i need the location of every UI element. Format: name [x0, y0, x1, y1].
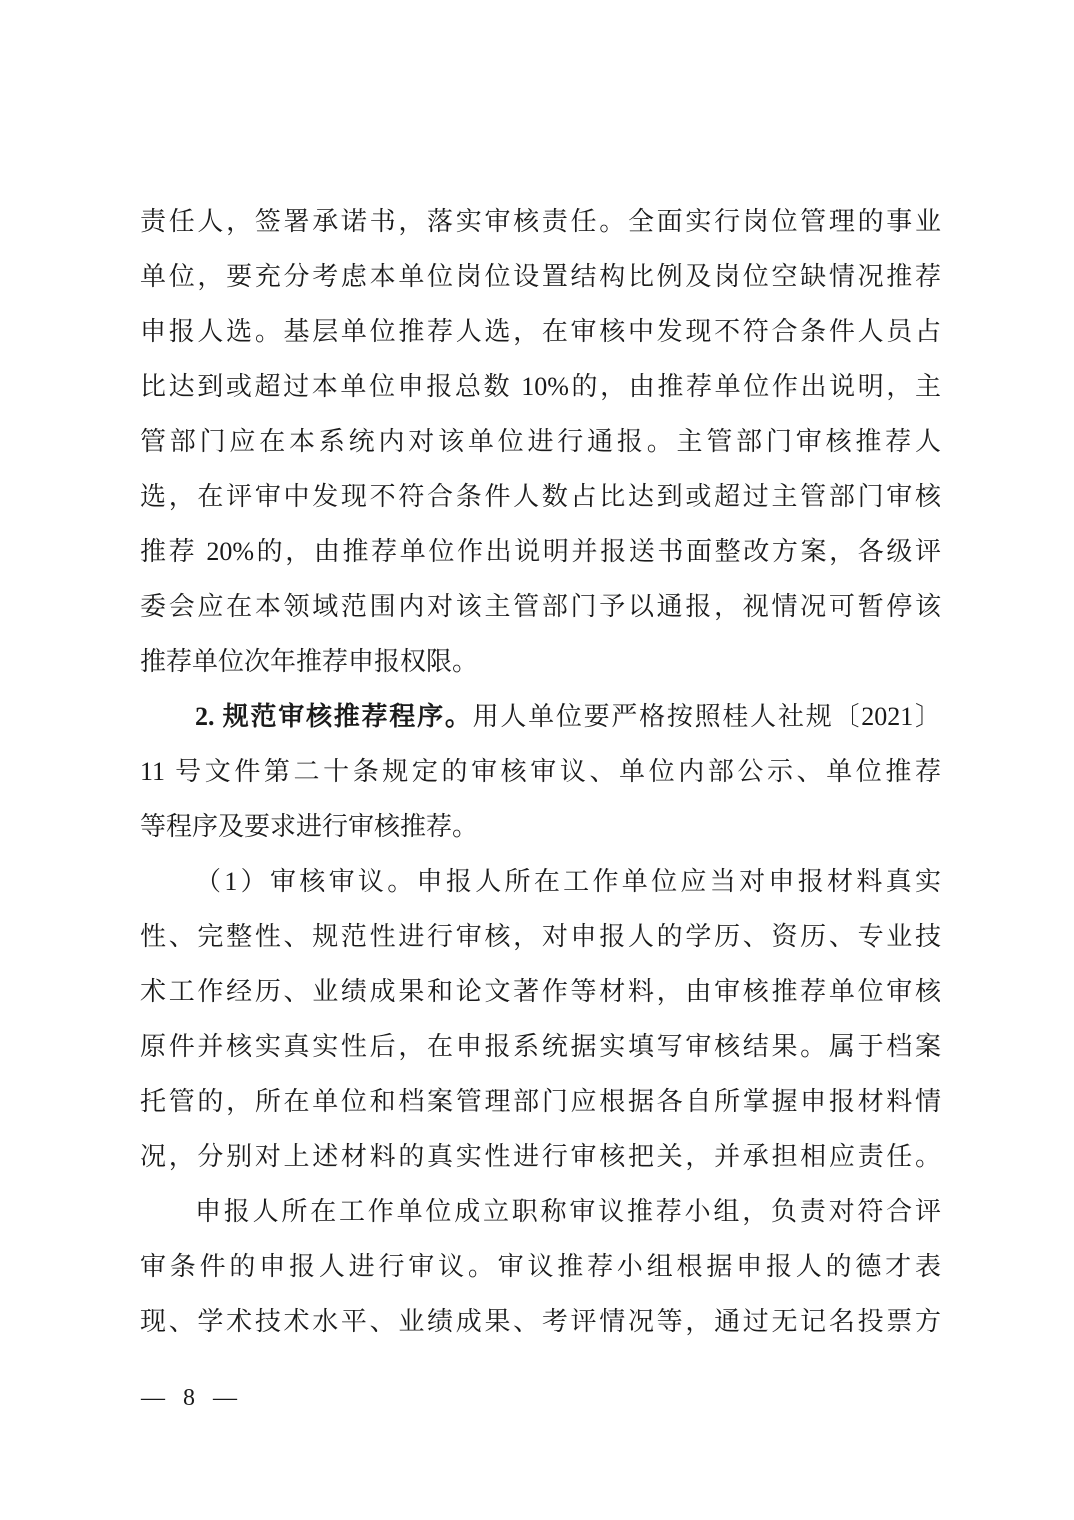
text-line: 推荐 20%的，由推荐单位作出说明并报送书面整改方案，各级评 [140, 524, 941, 579]
text-line: 术工作经历、业绩成果和论文著作等材料，由审核推荐单位审核 [140, 964, 941, 1019]
text-segment: 推荐 20%的，由推荐单位作出说明并报送书面整改方案，各级评 [140, 537, 941, 566]
text-line: 申报人选。基层单位推荐人选，在审核中发现不符合条件人员占 [140, 304, 941, 359]
text-line: 11 号文件第二十条规定的审核审议、单位内部公示、单位推荐 [140, 744, 941, 799]
text-segment: 况，分别对上述材料的真实性进行审核把关，并承担相应责任。 [140, 1142, 941, 1171]
text-line: 托管的，所在单位和档案管理部门应根据各自所掌握申报材料情 [140, 1074, 941, 1129]
page-number: — 8 — [141, 1385, 238, 1411]
text-segment: 术工作经历、业绩成果和论文著作等材料，由审核推荐单位审核 [140, 977, 941, 1006]
page-footer: — 8 — [141, 1382, 238, 1414]
text-line: 管部门应在本系统内对该单位进行通报。主管部门审核推荐人 [140, 414, 941, 469]
text-line: 性、完整性、规范性进行审核，对申报人的学历、资历、专业技 [140, 909, 941, 964]
text-segment: 管部门应在本系统内对该单位进行通报。主管部门审核推荐人 [140, 427, 941, 456]
text-segment: 比达到或超过本单位申报总数 10%的，由推荐单位作出说明，主 [140, 372, 941, 401]
bold-text-segment: 2. 规范审核推荐程序。 [195, 702, 473, 731]
text-line: 况，分别对上述材料的真实性进行审核把关，并承担相应责任。 [140, 1129, 941, 1184]
text-segment: （1）审核审议。申报人所在工作单位应当对申报材料真实 [195, 867, 941, 896]
text-line: 委会应在本领域范围内对该主管部门予以通报，视情况可暂停该 [140, 579, 941, 634]
text-segment: 责任人，签署承诺书，落实审核责任。全面实行岗位管理的事业 [140, 207, 941, 236]
text-segment: 性、完整性、规范性进行审核，对申报人的学历、资历、专业技 [140, 922, 941, 951]
text-line: 单位，要充分考虑本单位岗位设置结构比例及岗位空缺情况推荐 [140, 249, 941, 304]
text-line: 责任人，签署承诺书，落实审核责任。全面实行岗位管理的事业 [140, 194, 941, 249]
text-segment: 推荐单位次年推荐申报权限。 [140, 647, 478, 676]
document-body: 责任人，签署承诺书，落实审核责任。全面实行岗位管理的事业单位，要充分考虑本单位岗… [140, 194, 941, 1349]
text-line: 等程序及要求进行审核推荐。 [140, 799, 941, 854]
text-segment: 等程序及要求进行审核推荐。 [140, 812, 478, 841]
text-segment: 申报人所在工作单位成立职称审议推荐小组，负责对符合评 [195, 1197, 941, 1226]
text-segment: 现、学术技术水平、业绩成果、考评情况等，通过无记名投票方 [140, 1307, 941, 1336]
text-line: 审条件的申报人进行审议。审议推荐小组根据申报人的德才表 [140, 1239, 941, 1294]
text-segment: 托管的，所在单位和档案管理部门应根据各自所掌握申报材料情 [140, 1087, 941, 1116]
document-page: 责任人，签署承诺书，落实审核责任。全面实行岗位管理的事业单位，要充分考虑本单位岗… [0, 0, 1074, 1520]
text-line: 原件并核实真实性后，在申报系统据实填写审核结果。属于档案 [140, 1019, 941, 1074]
text-segment: 单位，要充分考虑本单位岗位设置结构比例及岗位空缺情况推荐 [140, 262, 941, 291]
text-line: 2. 规范审核推荐程序。用人单位要严格按照桂人社规〔2021〕 [140, 689, 941, 744]
text-line: （1）审核审议。申报人所在工作单位应当对申报材料真实 [140, 854, 941, 909]
text-segment: 选，在评审中发现不符合条件人数占比达到或超过主管部门审核 [140, 482, 941, 511]
text-segment: 审条件的申报人进行审议。审议推荐小组根据申报人的德才表 [140, 1252, 941, 1281]
text-line: 选，在评审中发现不符合条件人数占比达到或超过主管部门审核 [140, 469, 941, 524]
text-segment: 原件并核实真实性后，在申报系统据实填写审核结果。属于档案 [140, 1032, 941, 1061]
text-line: 现、学术技术水平、业绩成果、考评情况等，通过无记名投票方 [140, 1294, 941, 1349]
text-segment: 委会应在本领域范围内对该主管部门予以通报，视情况可暂停该 [140, 592, 941, 621]
text-line: 推荐单位次年推荐申报权限。 [140, 634, 941, 689]
text-segment: 11 号文件第二十条规定的审核审议、单位内部公示、单位推荐 [140, 757, 941, 786]
text-line: 比达到或超过本单位申报总数 10%的，由推荐单位作出说明，主 [140, 359, 941, 414]
text-segment: 申报人选。基层单位推荐人选，在审核中发现不符合条件人员占 [140, 317, 941, 346]
text-segment: 用人单位要严格按照桂人社规〔2021〕 [473, 702, 941, 731]
text-line: 申报人所在工作单位成立职称审议推荐小组，负责对符合评 [140, 1184, 941, 1239]
